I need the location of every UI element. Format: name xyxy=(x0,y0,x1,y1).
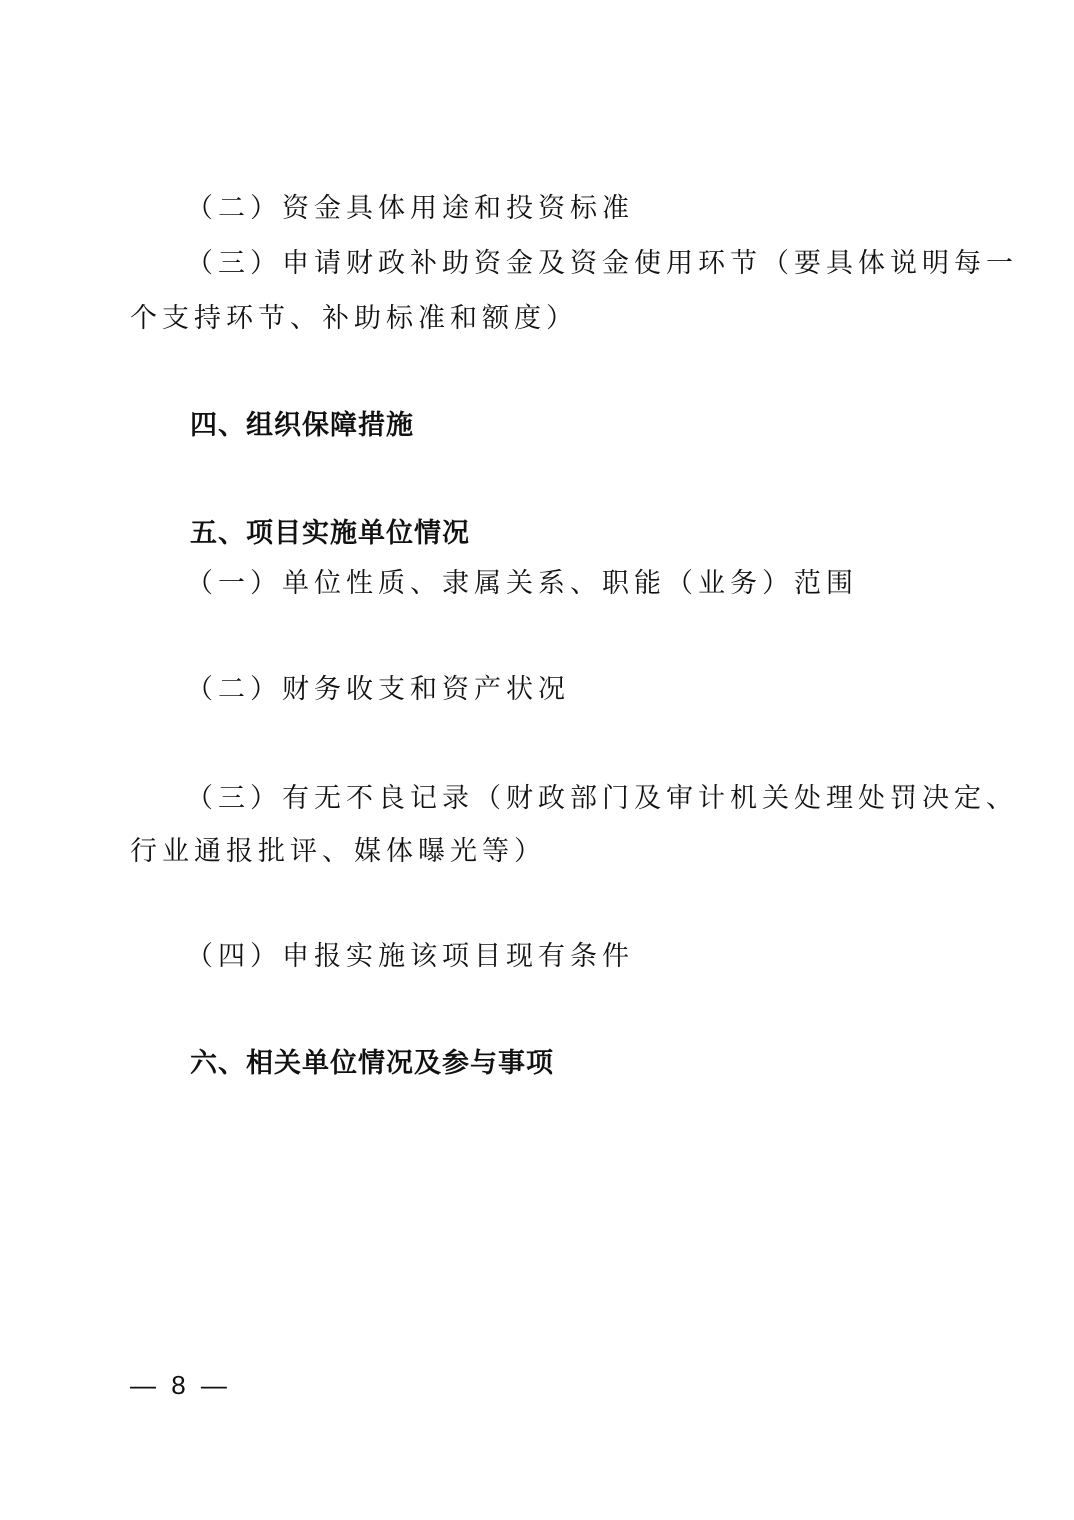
subsection-funding-usage: （二）资金具体用途和投资标准 xyxy=(186,195,634,222)
subsection-unit-nature: （一）单位性质、隶属关系、职能（业务）范围 xyxy=(186,570,858,597)
subsection-existing-conditions: （四）申报实施该项目现有条件 xyxy=(186,943,634,970)
section-heading-5: 五、项目实施单位情况 xyxy=(190,520,470,547)
subsection-subsidy-application: （三）申请财政补助资金及资金使用环节（要具体说明每一 xyxy=(186,250,1018,277)
subsection-finance-assets: （二）财务收支和资产状况 xyxy=(186,676,570,703)
subsection-bad-records-cont: 行业通报批评、媒体曝光等） xyxy=(130,838,546,865)
section-heading-6: 六、相关单位情况及参与事项 xyxy=(190,1050,554,1077)
subsection-bad-records: （三）有无不良记录（财政部门及审计机关处理处罚决定、 xyxy=(186,785,1018,812)
section-heading-4: 四、组织保障措施 xyxy=(190,412,414,439)
page-number: — 8 — xyxy=(130,1370,231,1401)
subsection-subsidy-application-cont: 个支持环节、补助标准和额度） xyxy=(130,305,578,332)
